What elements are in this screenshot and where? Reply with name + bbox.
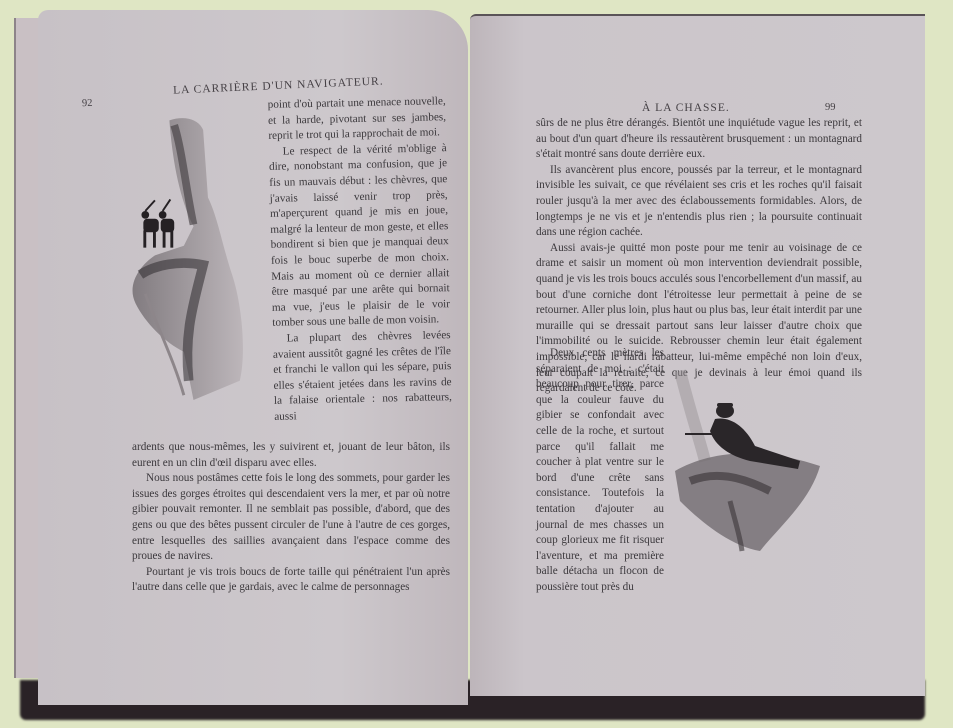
- left-column-text: point d'où partait une menace nouvelle, …: [268, 94, 453, 425]
- paragraph: Ils avancèrent plus encore, poussés par …: [536, 163, 862, 241]
- left-running-head: LA CARRIÈRE D'UN NAVIGATEUR.: [173, 75, 384, 96]
- paragraph: Deux cents mètres les séparaient de moi …: [536, 346, 664, 596]
- goats-on-cliff-illustration: [126, 105, 261, 425]
- paragraph: sûrs de ne plus être dérangés. Bientôt u…: [536, 116, 862, 163]
- paragraph: Nous nous postâmes cette fois le long de…: [132, 471, 450, 565]
- paragraph: La plupart des chèvres levées avaient au…: [272, 328, 452, 425]
- left-full-text: ardents que nous-mêmes, les y suivirent …: [132, 440, 450, 596]
- right-column-text: Deux cents mètres les séparaient de moi …: [536, 346, 664, 596]
- left-page-number: 92: [82, 98, 93, 110]
- paragraph: point d'où partait une menace nouvelle, …: [268, 94, 447, 144]
- right-running-head: À LA CHASSE.: [642, 102, 730, 114]
- hunter-on-crest-illustration: [670, 351, 845, 566]
- right-page-number: 99: [825, 102, 836, 113]
- right-page: À LA CHASSE. 99 sûrs de ne plus être dér…: [470, 14, 925, 696]
- paragraph: Le respect de la vérité m'oblige à dire,…: [269, 141, 451, 332]
- paragraph: ardents que nous-mêmes, les y suivirent …: [132, 440, 450, 471]
- left-page: 92 LA CARRIÈRE D'UN NAVIGATEUR. point d'…: [38, 10, 468, 705]
- paragraph: Pourtant je vis trois boucs de forte tai…: [132, 565, 450, 596]
